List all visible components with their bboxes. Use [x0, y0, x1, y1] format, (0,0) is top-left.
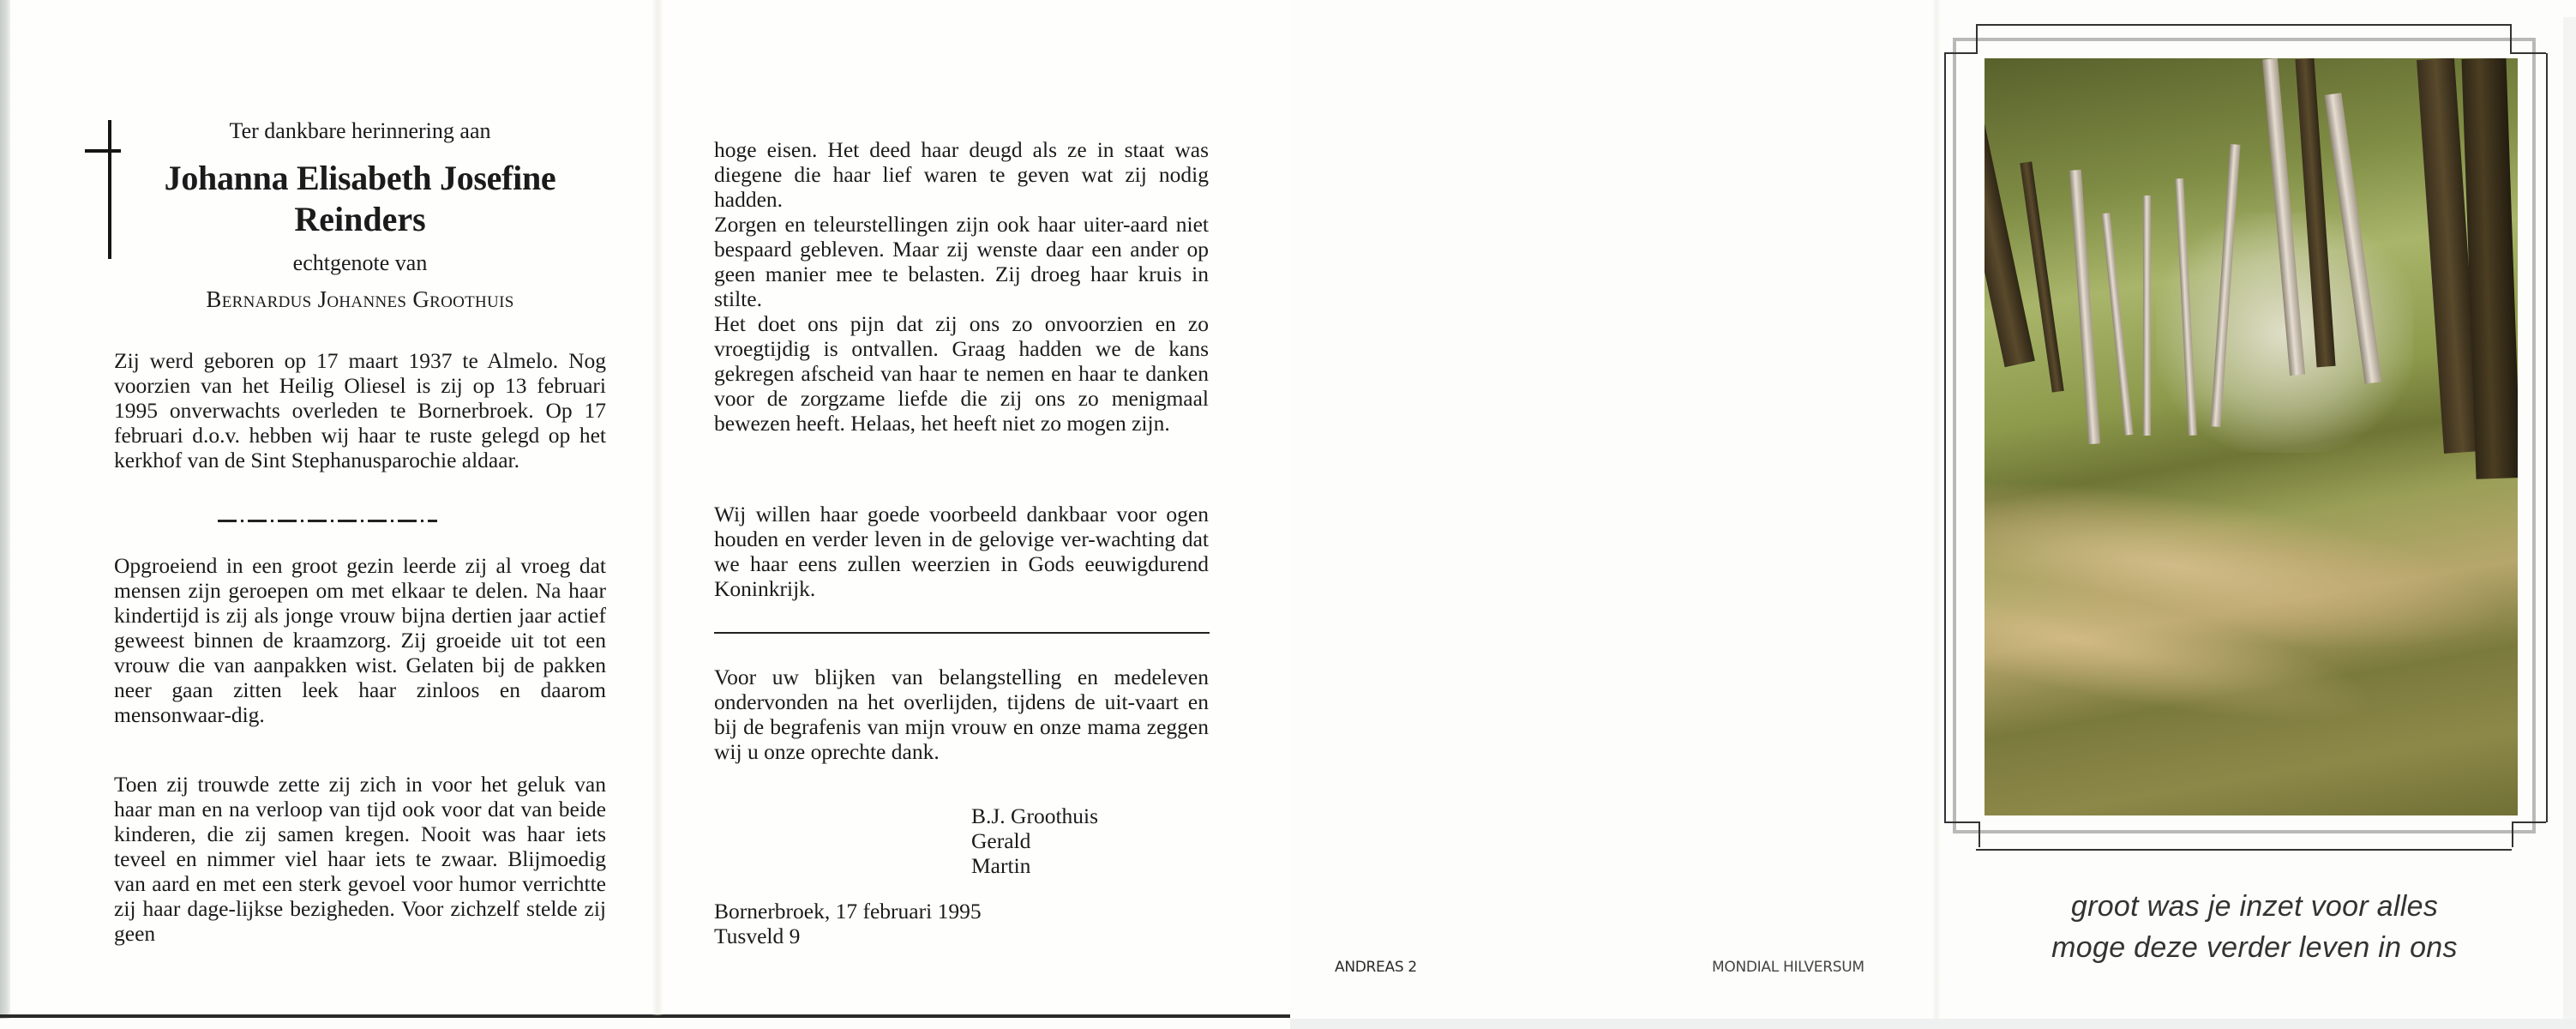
frame-corner	[2512, 821, 2546, 823]
tree-trunk	[1985, 93, 2035, 367]
fold-line	[1932, 0, 1941, 1019]
imprint-publisher: MONDIAL HILVERSUM	[1712, 959, 1864, 976]
biography-paragraph: Zij werd geboren op 17 maart 1937 te Alm…	[114, 348, 606, 472]
thanks-text: Voor uw blijken van belangstelling en me…	[714, 665, 1209, 764]
place-and-address: Bornerbroek, 17 februari 1995 Tusveld 9	[714, 899, 982, 948]
signature-name: Martin	[971, 853, 1098, 878]
memorial-verse-line: moge deze verder leven in ons	[1972, 931, 2537, 965]
deceased-name: Johanna Elisabeth Josefine	[129, 158, 591, 198]
latin-cross-icon	[108, 120, 111, 259]
biography-paragraph: Wij willen haar goede voorbeeld dankbaar…	[714, 502, 1209, 601]
dash-dot-divider	[218, 520, 437, 522]
signatures: B.J. Groothuis Gerald Martin	[971, 803, 1098, 878]
deceased-surname: Reinders	[129, 199, 591, 239]
memorial-verse-line: groot was je inzet voor alles	[1972, 890, 2537, 924]
spouse-name: Bernardus Johannes Groothuis	[129, 286, 591, 313]
card-bottom-edge	[1290, 1019, 2576, 1029]
address: Tusveld 9	[714, 924, 982, 948]
frame-corner	[2512, 821, 2513, 847]
imprint-model: ANDREAS 2	[1335, 959, 1417, 976]
signature-name: B.J. Groothuis	[971, 803, 1098, 828]
forest-path-photo	[1985, 58, 2518, 815]
birch-trunk	[2143, 196, 2151, 436]
frame-corner	[2510, 24, 2512, 54]
place-date: Bornerbroek, 17 februari 1995	[714, 899, 982, 924]
spouse-label: echtgenote van	[129, 250, 591, 276]
card-right-edge	[2563, 17, 2576, 1019]
card-left-edge	[0, 0, 10, 1019]
frame-corner	[1944, 52, 1978, 54]
frame-corner	[1944, 821, 1980, 823]
signature-name: Gerald	[971, 828, 1098, 853]
intro-text: Ter dankbare herinnering aan	[129, 118, 591, 144]
section-divider	[714, 632, 1210, 634]
frame-corner	[2511, 52, 2546, 54]
card-bottom-edge	[0, 1014, 1290, 1018]
latin-cross-icon-bar	[85, 149, 121, 153]
biography-paragraph: Toen zij trouwde zette zij zich in voor …	[114, 772, 606, 946]
frame-corner	[1979, 821, 1980, 847]
frame-corner	[1976, 24, 1978, 54]
fold-line	[652, 0, 664, 1015]
birch-trunk	[2101, 213, 2133, 436]
birch-trunk	[2069, 170, 2100, 444]
biography-paragraph: Opgroeiend in een groot gezin leerde zij…	[114, 553, 606, 727]
biography-paragraph: hoge eisen. Het deed haar deugd als ze i…	[714, 137, 1209, 436]
